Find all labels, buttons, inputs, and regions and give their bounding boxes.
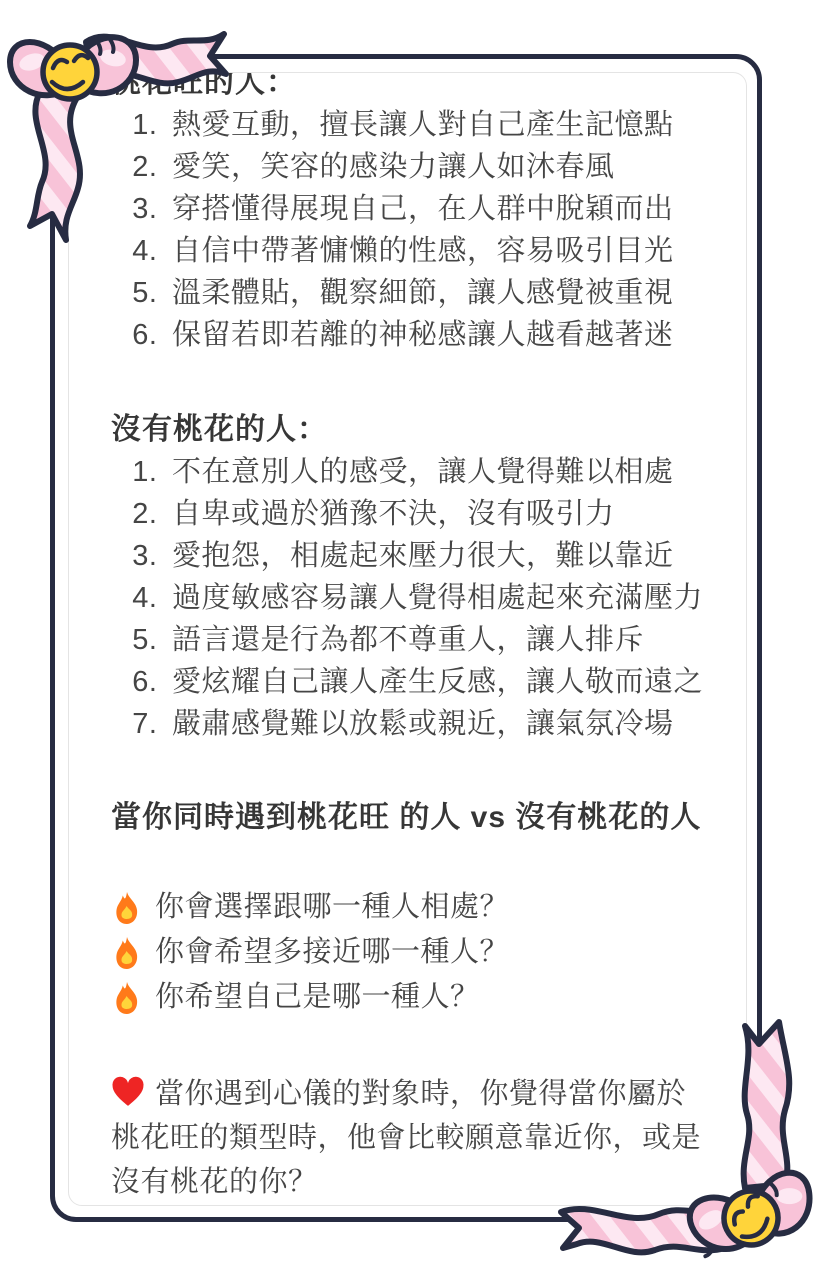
ribbon-tail-right xyxy=(744,1022,790,1188)
list-item: 溫柔體貼，觀察細節，讓人感覺被重視 xyxy=(166,272,710,314)
fire-icon xyxy=(111,981,143,1015)
no-peach-traits-list: 不在意別人的感受，讓人覺得難以相處自卑或過於猶豫不決，沒有吸引力愛抱怨，相處起來… xyxy=(111,451,710,745)
list-item: 不在意別人的感受，讓人覺得難以相處 xyxy=(166,451,710,493)
section-heading-no-peach: 沒有桃花的人： xyxy=(111,408,710,451)
list-item: 過度敏感容易讓人覺得相處起來充滿壓力 xyxy=(166,577,710,619)
question-row: 你會希望多接近哪一種人？ xyxy=(111,930,710,975)
vs-heading: 當你同時遇到桃花旺 的人 vs 沒有桃花的人 xyxy=(111,796,710,839)
list-item: 愛炫耀自己讓人產生反感，讓人敬而遠之 xyxy=(166,661,710,703)
fire-icon xyxy=(111,891,143,925)
smiley-face-icon xyxy=(43,45,97,99)
list-item: 自卑或過於猶豫不決，沒有吸引力 xyxy=(166,493,710,535)
fire-icon xyxy=(111,936,143,970)
question-row: 你會選擇跟哪一種人相處？ xyxy=(111,885,710,930)
heart-icon xyxy=(111,1076,145,1108)
question-text: 你希望自己是哪一種人？ xyxy=(155,975,480,1020)
questions-block: 你會選擇跟哪一種人相處？ 你會希望多接近哪一種人？ 你希望自己是哪一種人？ xyxy=(111,885,710,1020)
list-item: 語言還是行為都不尊重人，讓人排斥 xyxy=(166,619,710,661)
ribbon-bow-smiley-bottom-right xyxy=(545,1010,815,1280)
ribbon-bow-smiley-top-left xyxy=(0,0,260,270)
question-text: 你會選擇跟哪一種人相處？ xyxy=(155,885,509,930)
question-text: 你會希望多接近哪一種人？ xyxy=(155,930,509,975)
list-item: 愛抱怨，相處起來壓力很大，難以靠近 xyxy=(166,535,710,577)
list-item: 保留若即若離的神秘感讓人越看越著迷 xyxy=(166,314,710,356)
ribbon-tail-left xyxy=(30,92,80,240)
list-item: 嚴肅感覺難以放鬆或親近，讓氣氛冷場 xyxy=(166,703,710,745)
